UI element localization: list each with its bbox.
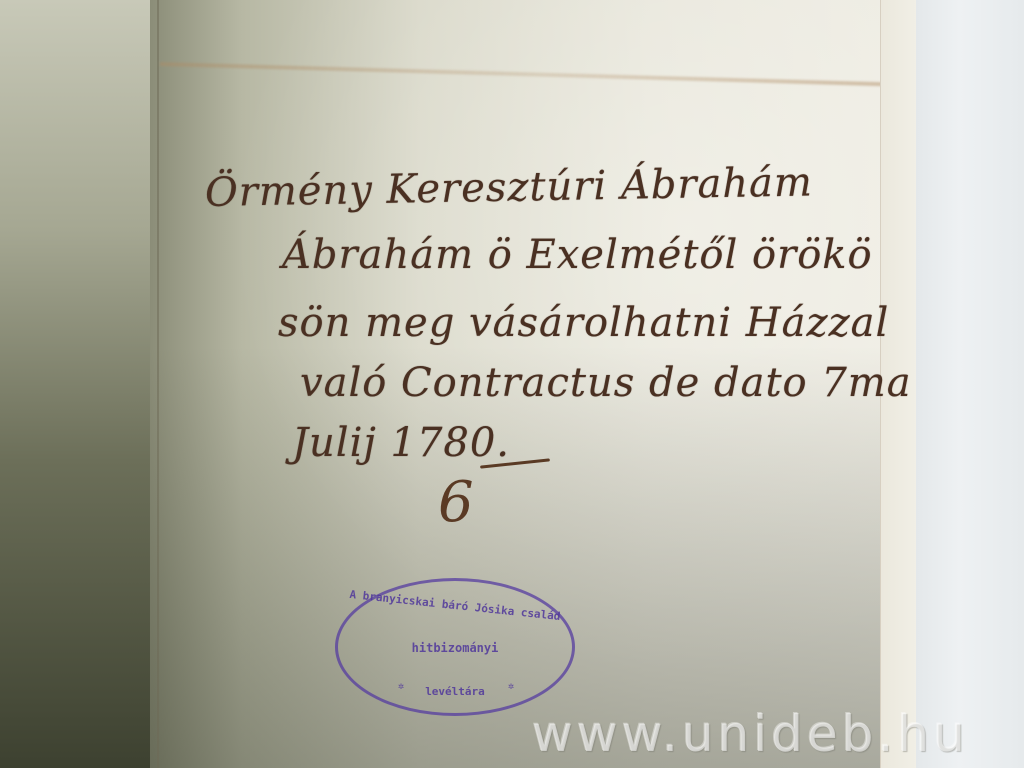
left-page-shadow: [0, 0, 170, 768]
background-surface: [916, 0, 1024, 768]
star-icon: ✲: [508, 681, 514, 692]
document-photo: Örmény Keresztúri Ábrahám Ábrahám ö Exel…: [0, 0, 1024, 768]
watermark: www.unideb.hu: [532, 705, 969, 763]
stamp-bottom-text: levéltára: [338, 685, 572, 698]
handwriting-line-4: való Contractus de dato 7ma: [300, 360, 912, 406]
handwriting-line-5-date: Julij 1780.: [292, 420, 510, 466]
handwriting-line-3: sön meg vásárolhatni Házzal: [278, 300, 889, 346]
stamp-middle-text: hitbizományi: [338, 641, 572, 655]
page-number: 6: [438, 470, 474, 535]
sheet-fold-edge: [157, 0, 159, 768]
archive-stamp: A branyicskai báró Jósika család hitbizo…: [335, 578, 575, 716]
handwriting-line-2: Ábrahám ö Exelmétől örökö: [282, 232, 873, 278]
